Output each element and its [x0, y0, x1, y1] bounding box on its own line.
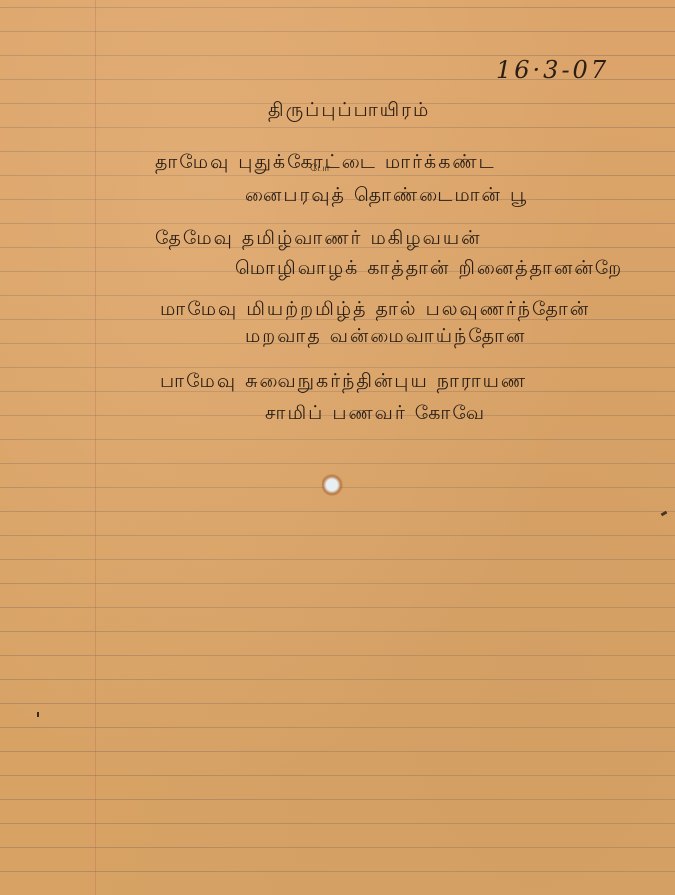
- verse-1-interlinear-note: பேர்: [310, 164, 330, 174]
- paper-hole-damage: [322, 474, 344, 496]
- verse-3-line-2: மறவாத வன்மைவாய்ந்தோன: [245, 327, 526, 346]
- ink-speck: [37, 712, 39, 717]
- verse-4-line-2: சாமிப் பணவர் கோவே: [265, 404, 486, 423]
- margin-line: [95, 0, 96, 895]
- ink-speck: [661, 511, 668, 517]
- verse-2-line-2: மொழிவாழக் காத்தான் றினைத்தானன்றே: [235, 259, 623, 278]
- verse-4-line-1: பாமேவு சுவைநுகர்ந்தின்புய நாராயண: [160, 372, 527, 391]
- verse-1-line-2: னைபரவுத் தொண்டைமான் பூ: [245, 186, 528, 205]
- letter-date: 16·3-07: [496, 58, 609, 82]
- verse-2-line-1: தேமேவு தமிழ்வாணர் மகிழவயன்: [155, 229, 482, 248]
- poem-title: திருப்புப்பாயிரம்: [268, 101, 430, 120]
- verse-3-line-1: மாமேவு மியற்றமிழ்த் தால் பலவுணர்ந்தோன்: [160, 300, 590, 319]
- ruled-paper-sheet: 16·3-07 திருப்புப்பாயிரம் தாமேவு புதுக்க…: [0, 0, 675, 895]
